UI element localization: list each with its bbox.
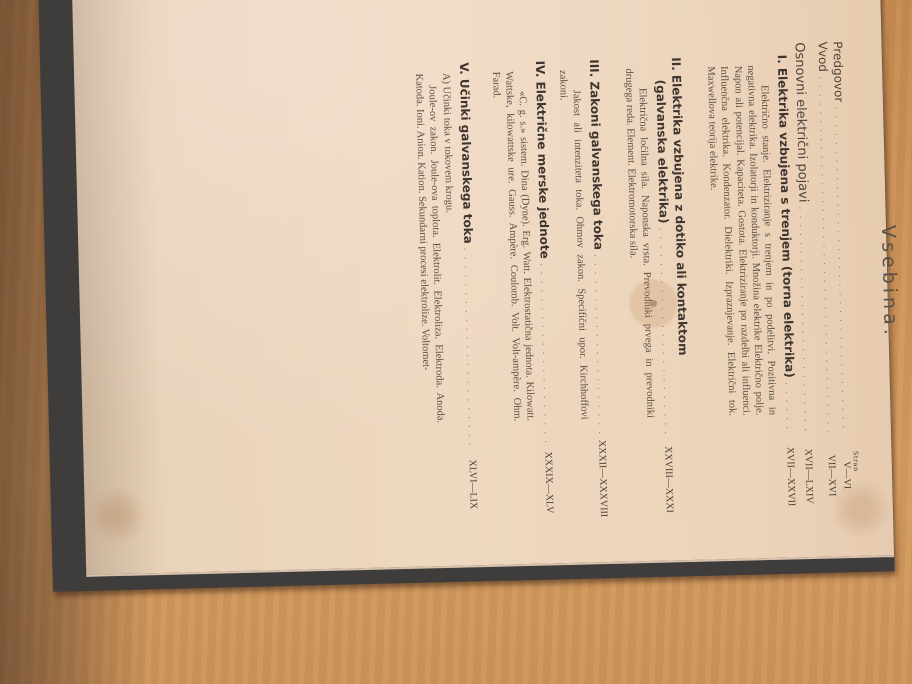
page-title: Vsebina. bbox=[880, 225, 896, 339]
toc-entry-label: Predgovor bbox=[830, 41, 845, 102]
toc-entry-pages: XVII—XXVII bbox=[783, 440, 798, 512]
toc-entry-pages: XXXIX—XLV bbox=[541, 446, 556, 518]
toc-entry-section-4: IV. Električne merske jednote ..........… bbox=[530, 60, 557, 518]
toc-entry-pages: V—VI bbox=[839, 439, 854, 511]
leader-dots: ........................................… bbox=[794, 206, 813, 436]
toc-entry-label: Osnovni električni pojavi bbox=[792, 42, 810, 203]
toc-entry-section-5: V. Učinki galvanskega toka .............… bbox=[454, 62, 481, 520]
toc-entry-section-3: III. Zakoni galvanskega toka ...........… bbox=[584, 59, 611, 517]
toc-entry-pages: XXXII—XXXVIII bbox=[595, 440, 610, 518]
toc-entry-label-continued: (galvanska elektrika) bbox=[653, 80, 670, 224]
section-4-summary: «C. g. s.» sistem. Dina (Dyne). Erg. Wat… bbox=[489, 71, 537, 422]
toc-entry-label: III. Zakoni galvanskega toka bbox=[586, 59, 604, 250]
leader-dots: .............................. bbox=[589, 254, 607, 436]
table-of-contents: Vsebina. Stran Predgovor ...............… bbox=[192, 40, 893, 527]
leader-dots: ...... bbox=[780, 382, 795, 437]
toc-entry-pages: VII—XVI bbox=[824, 439, 839, 511]
section-1-summary: Električno stanje. Elektriziranje s tren… bbox=[704, 65, 779, 417]
toc-entry-label: V. Učinki galvanskega toka bbox=[456, 62, 474, 244]
leader-dots: .............................. bbox=[654, 227, 673, 439]
toc-entry-pages: XXVIII—XXXI bbox=[661, 443, 676, 515]
toc-entry-pages: XVII—LXIV bbox=[801, 440, 816, 512]
leader-dots: .............................. bbox=[459, 248, 477, 445]
book-page: Vsebina. Stran Predgovor ...............… bbox=[72, 0, 894, 577]
leader-dots: .............................. bbox=[535, 263, 553, 443]
toc-entry-label: Vvod bbox=[815, 42, 829, 73]
toc-entry-pages: XLVI—LIX bbox=[465, 448, 480, 520]
toc-entry-label: IV. Električne merske jednote bbox=[532, 60, 550, 259]
